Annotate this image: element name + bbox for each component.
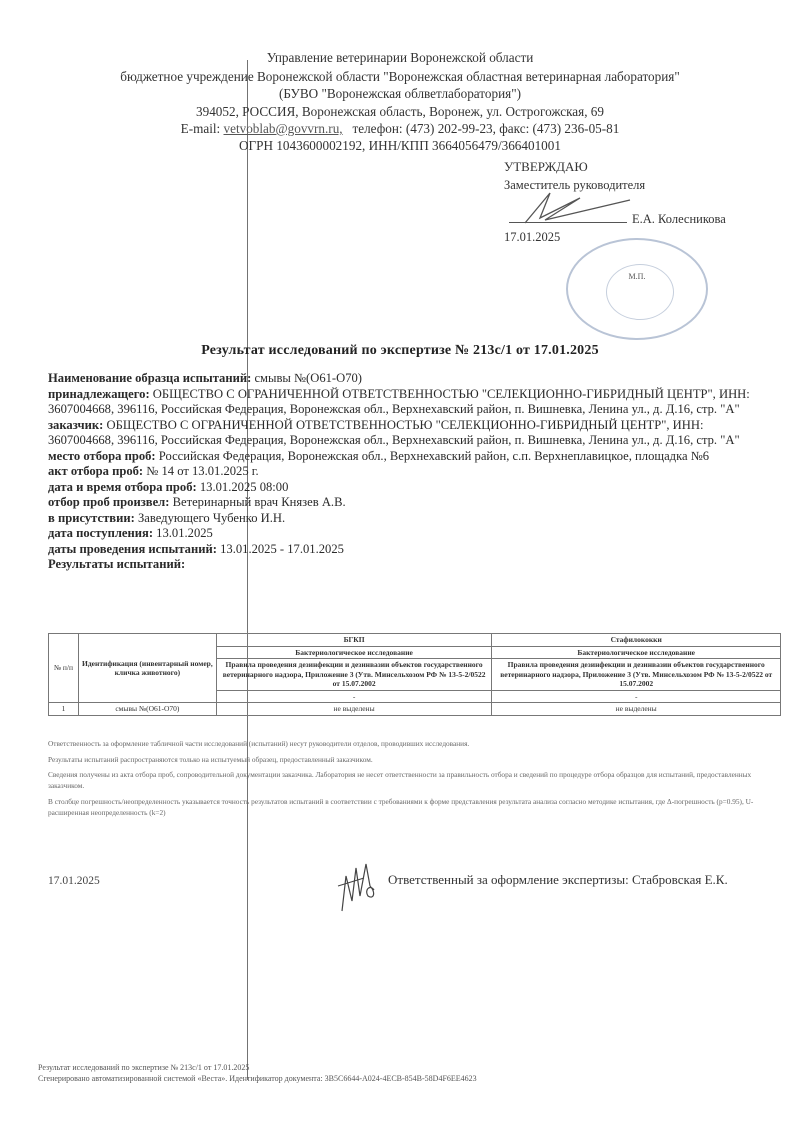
- row-num: 1: [49, 703, 79, 716]
- org-parent: Управление ветеринарии Воронежской облас…: [0, 50, 800, 67]
- approval-name: Е.А. Колесникова: [632, 212, 726, 227]
- org-address: 394052, РОССИЯ, Воронежская область, Вор…: [0, 104, 800, 121]
- field-sampling-datetime: дата и время отбора проб: 13.01.2025 08:…: [48, 480, 760, 496]
- test1-method: Бактериологическое исследование: [216, 646, 492, 659]
- row-ident: смывы №(О61-О70): [78, 703, 216, 716]
- table-header-row: № п/п Идентификация (инвентарный номер, …: [49, 634, 781, 647]
- note-sources: Сведения получены из акта отбора проб, с…: [48, 769, 778, 791]
- org-contacts: E-mail: vetvoblab@govvrn.ru, телефон: (4…: [0, 121, 800, 138]
- bottom-doc-ref: Результат исследований по экспертизе № 2…: [38, 1062, 477, 1073]
- test1-name: БГКП: [216, 634, 492, 647]
- field-results-heading: Результаты испытаний:: [48, 557, 760, 573]
- approval-title: УТВЕРЖДАЮ: [504, 159, 588, 175]
- field-sampled-by: отбор проб произвел: Ветеринарный врач К…: [48, 495, 760, 511]
- signature-line: [509, 222, 627, 223]
- field-receipt-date: дата поступления: 13.01.2025: [48, 526, 760, 542]
- footer-date: 17.01.2025: [48, 875, 100, 887]
- row-result-1: не выделены: [216, 703, 492, 716]
- org-registration: ОГРН 1043600002192, ИНН/КПП 3664056479/3…: [0, 138, 800, 155]
- field-sampling-act: акт отбора проб: № 14 от 13.01.2025 г.: [48, 464, 760, 480]
- col-ident-header: Идентификация (инвентарный номер, кличка…: [78, 634, 216, 703]
- bottom-generator: Сгенерировано автоматизированной системо…: [38, 1073, 477, 1084]
- signature-icon: [330, 856, 380, 916]
- table-row: 1 смывы №(О61-О70) не выделены не выделе…: [49, 703, 781, 716]
- email-label: E-mail:: [181, 121, 221, 136]
- stamp-label: М.П.: [568, 272, 706, 281]
- field-owner: принадлежащего: ОБЩЕСТВО С ОГРАНИЧЕННОЙ …: [48, 387, 760, 418]
- results-table: № п/п Идентификация (инвентарный номер, …: [48, 633, 781, 716]
- note-scope: Результаты испытаний распространяются то…: [48, 754, 778, 765]
- org-short-name: (БУВО "Воронежская облветлаборатория"): [0, 86, 800, 103]
- document-title: Результат исследований по экспертизе № 2…: [0, 343, 800, 359]
- field-test-dates: даты проведения испытаний: 13.01.2025 - …: [48, 542, 760, 558]
- test1-unit: -: [216, 690, 492, 703]
- test2-normative: Правила проведения дезинфекции и дезинва…: [492, 659, 781, 691]
- notes: Ответственность за оформление табличной …: [48, 738, 778, 822]
- field-sampling-place: место отбора проб: Российская Федерация,…: [48, 449, 760, 465]
- bottom-info: Результат исследований по экспертизе № 2…: [38, 1062, 477, 1084]
- phones: телефон: (473) 202-99-23, факс: (473) 23…: [352, 121, 619, 136]
- test2-method: Бактериологическое исследование: [492, 646, 781, 659]
- test2-name: Стафилококки: [492, 634, 781, 647]
- org-name: бюджетное учреждение Воронежской области…: [0, 69, 800, 86]
- approval-date: 17.01.2025: [504, 230, 560, 245]
- stamp-icon: М.П.: [566, 238, 708, 340]
- email-link[interactable]: vetvoblab@govvrn.ru,: [224, 121, 343, 136]
- sample-info: Наименование образца испытаний: смывы №(…: [48, 371, 760, 573]
- field-customer: заказчик: ОБЩЕСТВО С ОГРАНИЧЕННОЙ ОТВЕТС…: [48, 418, 760, 449]
- test1-normative: Правила проведения дезинфекции и дезинва…: [216, 659, 492, 691]
- note-responsibility: Ответственность за оформление табличной …: [48, 738, 778, 749]
- field-in-presence: в присутствии: Заведующего Чубенко И.Н.: [48, 511, 760, 527]
- row-result-2: не выделены: [492, 703, 781, 716]
- field-sample-name: Наименование образца испытаний: смывы №(…: [48, 371, 760, 387]
- test2-unit: -: [492, 690, 781, 703]
- note-uncertainty: В столбце погрешность/неопределенность у…: [48, 796, 778, 818]
- col-num-header: № п/п: [49, 634, 79, 703]
- responsible-person: Ответственный за оформление экспертизы: …: [388, 872, 728, 888]
